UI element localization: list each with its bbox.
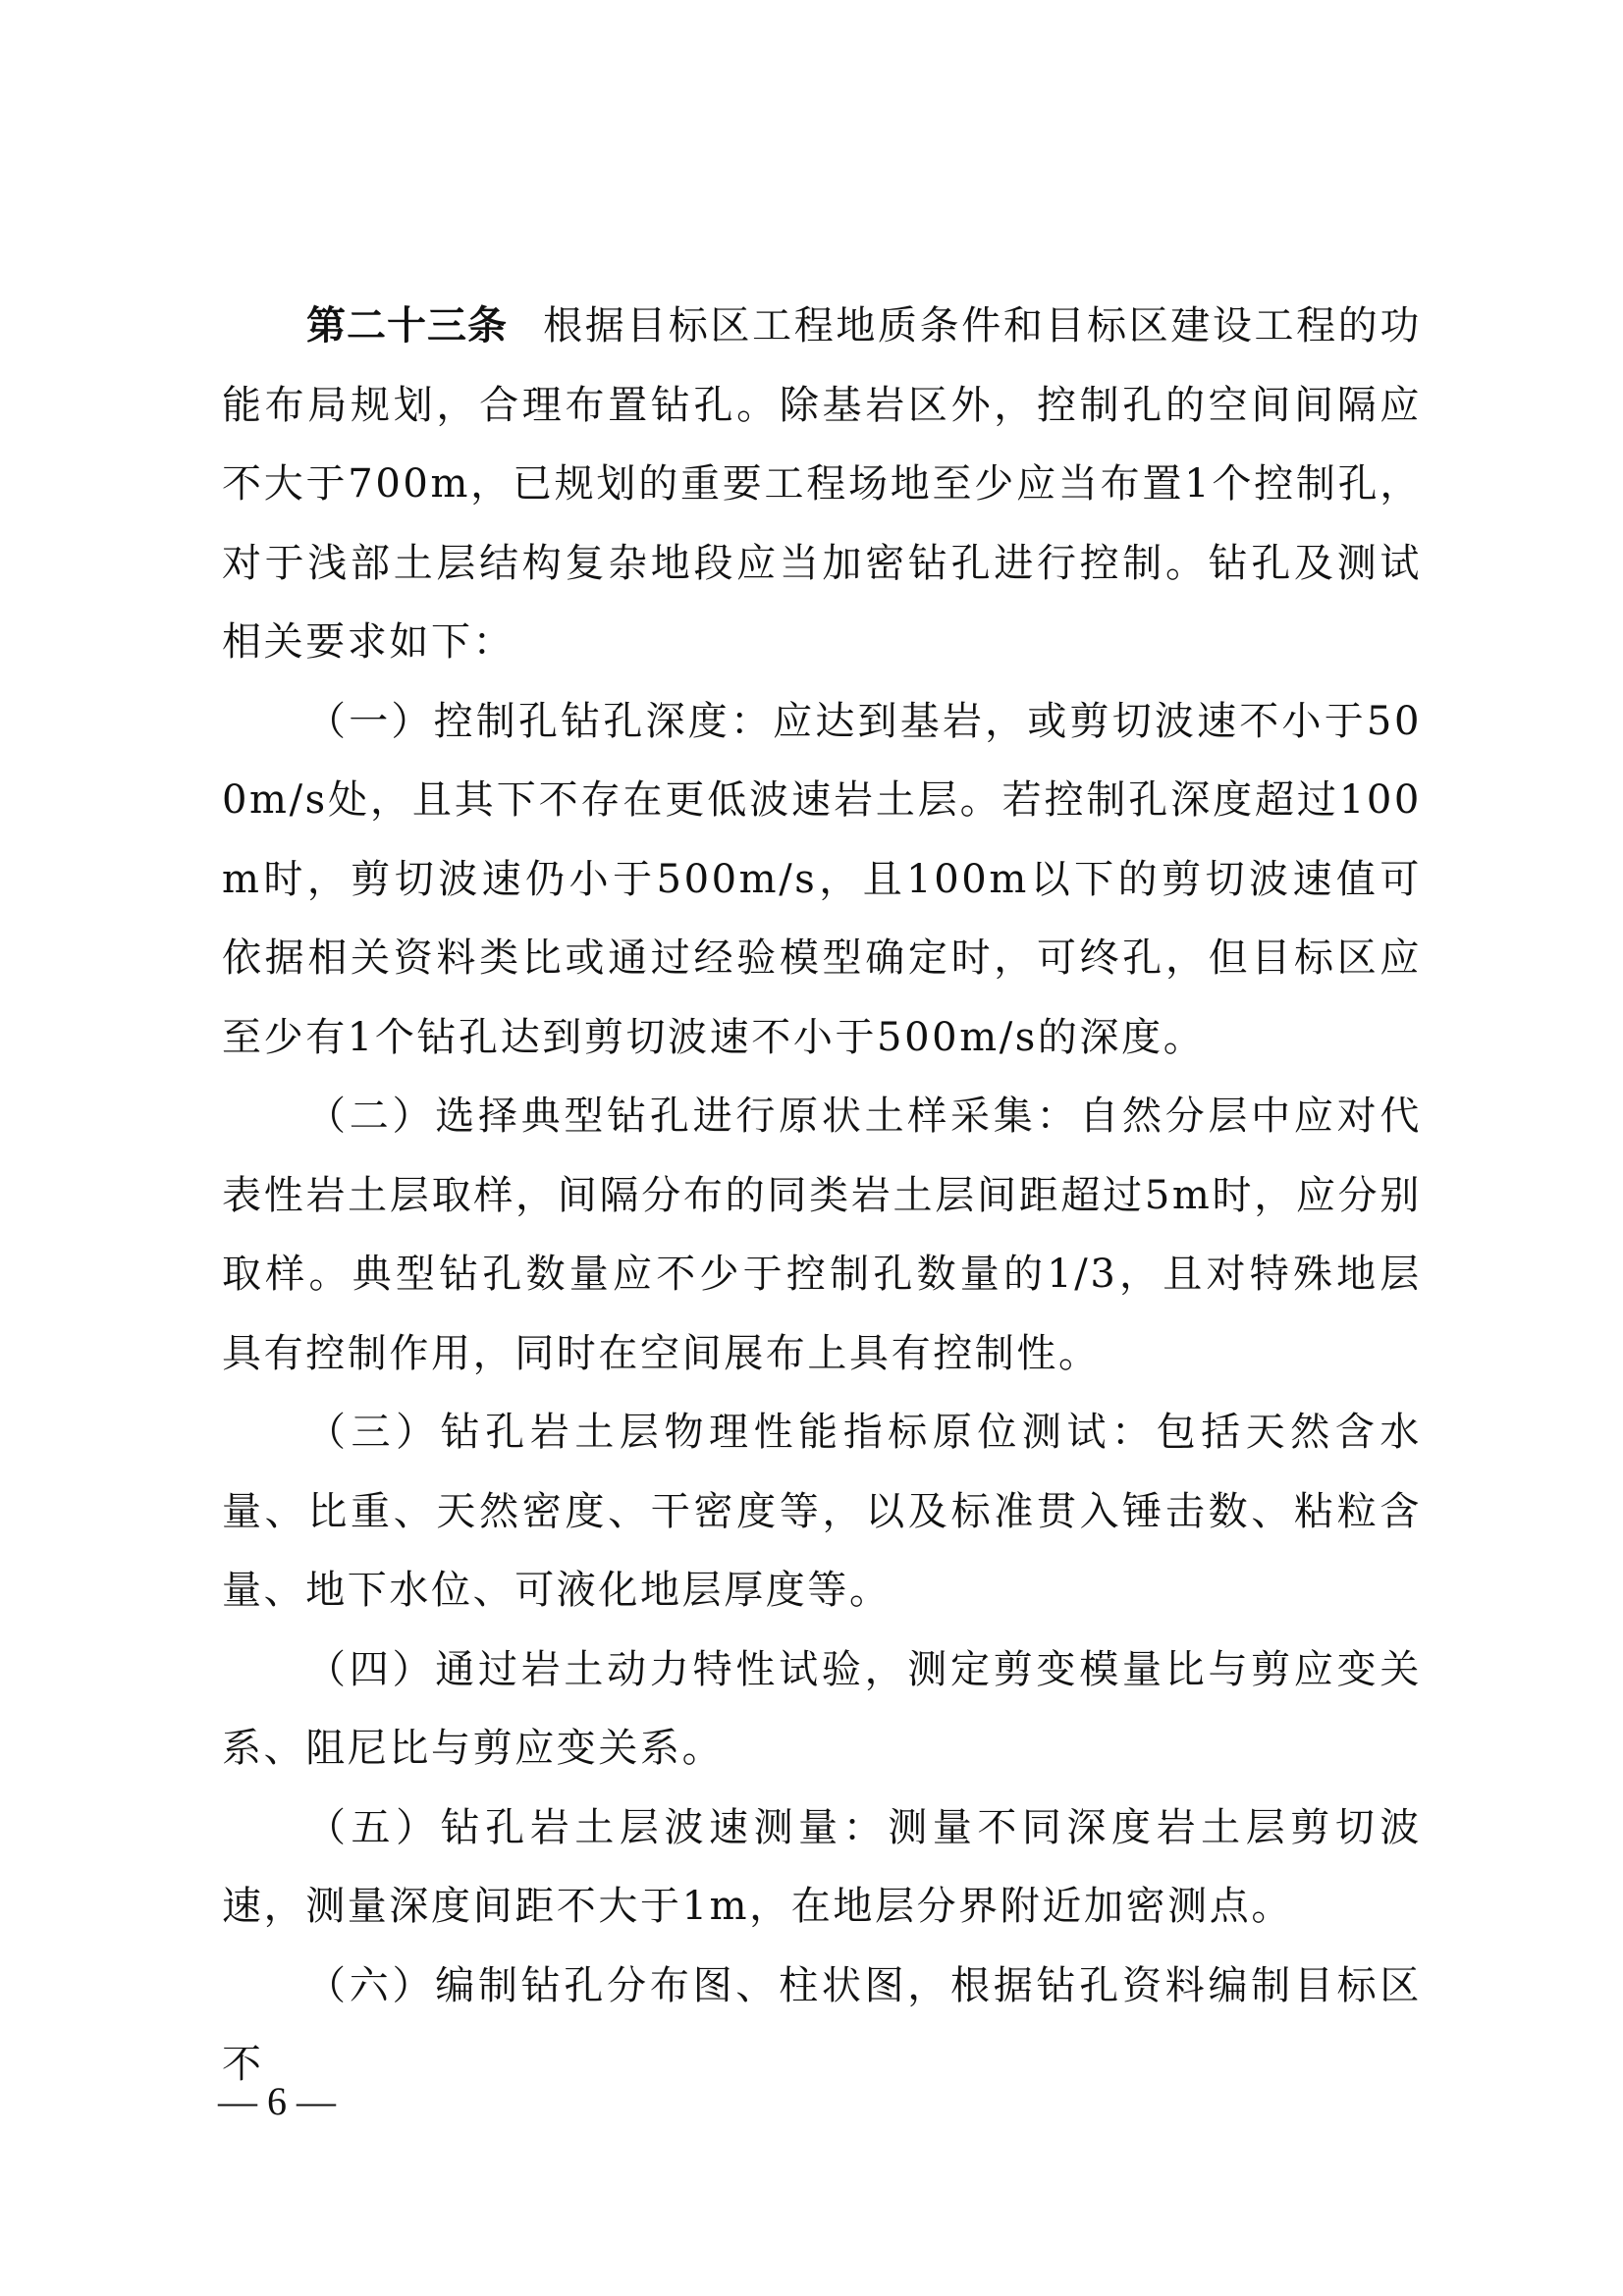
article-number: 第二十三条 — [306, 303, 508, 348]
page-number: — 6 — — [218, 2077, 336, 2126]
article-intro-text: 根据目标区工程地质条件和目标区建设工程的功能布局规划，合理布置钻孔。除基岩区外，… — [222, 303, 1422, 665]
requirement-item-2: （二）选择典型钻孔进行原状土样采集：自然分层中应对代表性岩土层取样，间隔分布的同… — [222, 1077, 1422, 1393]
requirement-item-5: （五）钻孔岩土层波速测量：测量不同深度岩土层剪切波速，测量深度间距不大于1m，在… — [222, 1789, 1422, 1947]
document-page: 第二十三条根据目标区工程地质条件和目标区建设工程的功能布局规划，合理布置钻孔。除… — [0, 0, 1623, 2296]
requirement-item-3: （三）钻孔岩土层物理性能指标原位测试：包括天然含水量、比重、天然密度、干密度等，… — [222, 1393, 1422, 1630]
requirement-item-1: （一）控制孔钻孔深度：应达到基岩，或剪切波速不小于500m/s处，且其下不存在更… — [222, 682, 1422, 1078]
article-paragraph: 第二十三条根据目标区工程地质条件和目标区建设工程的功能布局规划，合理布置钻孔。除… — [222, 287, 1422, 682]
document-body: 第二十三条根据目标区工程地质条件和目标区建设工程的功能布局规划，合理布置钻孔。除… — [222, 287, 1422, 2105]
requirement-item-4: （四）通过岩土动力特性试验，测定剪变模量比与剪应变关系、阻尼比与剪应变关系。 — [222, 1630, 1422, 1789]
requirement-item-6: （六）编制钻孔分布图、柱状图，根据钻孔资料编制目标区不 — [222, 1947, 1422, 2105]
